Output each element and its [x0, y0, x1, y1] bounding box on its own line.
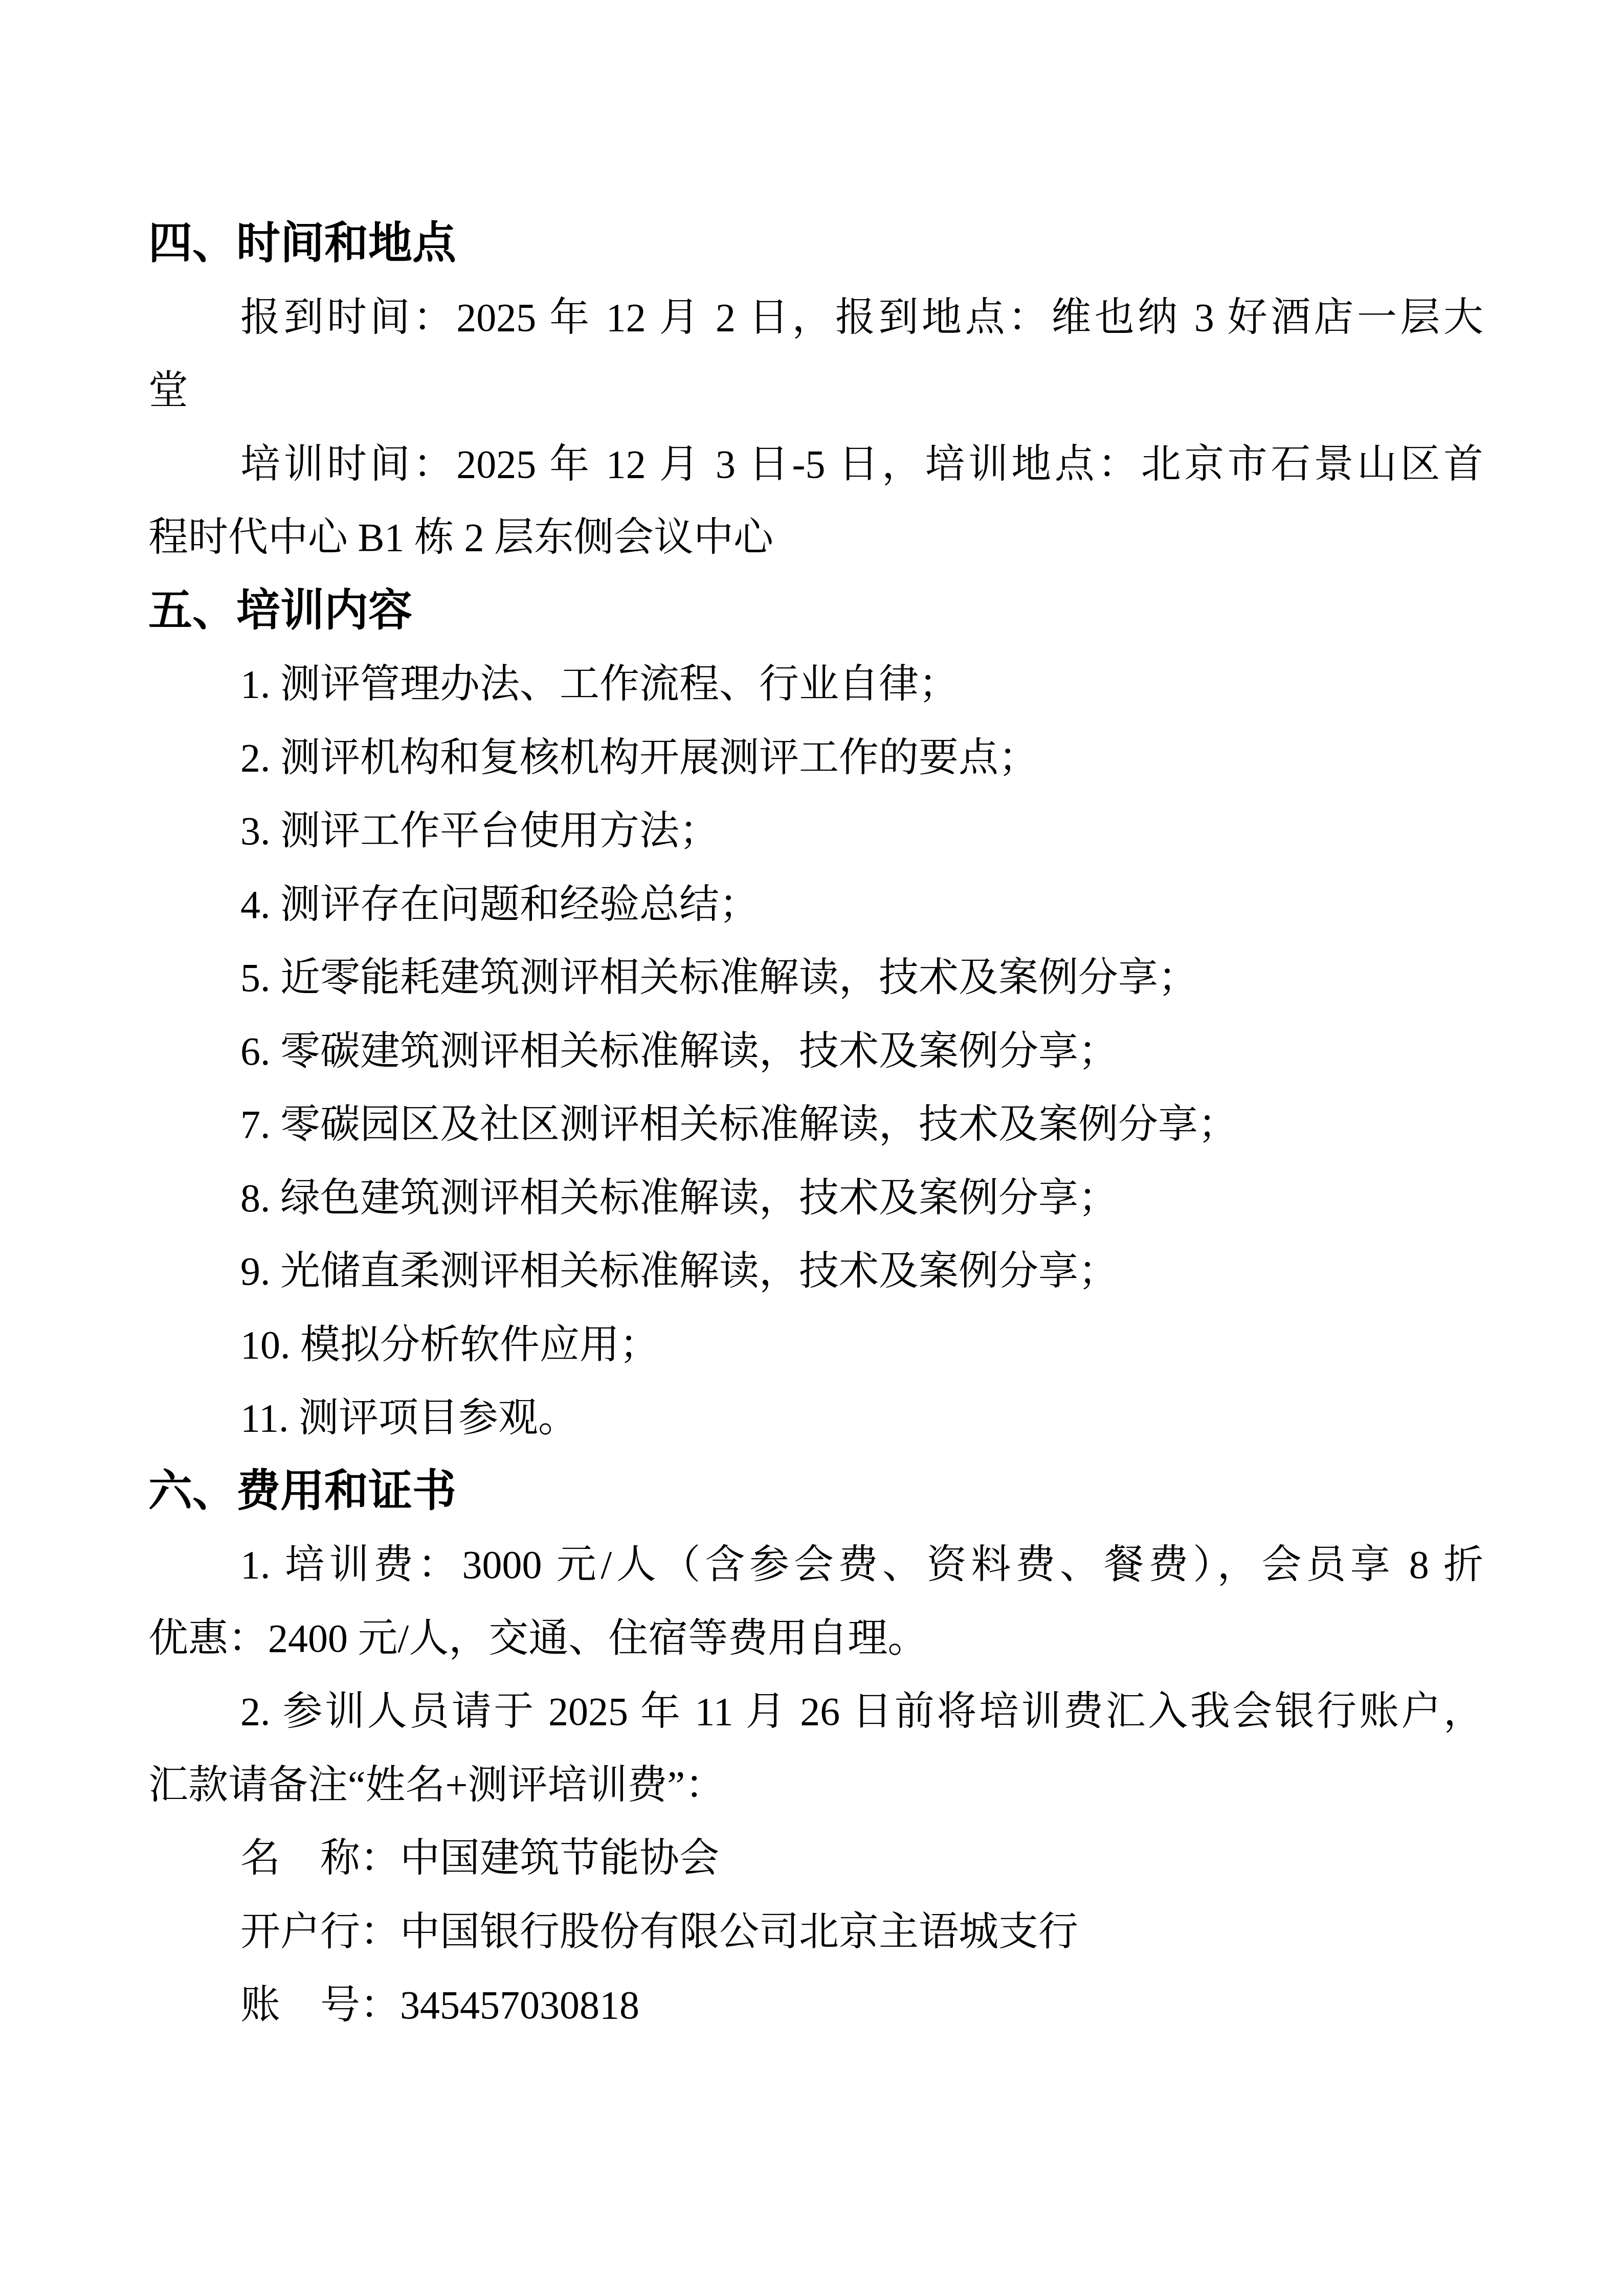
list-item-4: 4. 测评存在问题和经验总结；: [148, 868, 1483, 941]
document-page: { "page": { "background_color": "#ffffff…: [0, 0, 1624, 2296]
bank-name-line: 名 称：中国建筑节能协会: [148, 1821, 1483, 1895]
list-item-2: 2. 测评机构和复核机构开展测评工作的要点；: [148, 721, 1483, 795]
section-5-heading: 五、培训内容: [148, 574, 1483, 648]
list-item-11: 11. 测评项目参观。: [148, 1381, 1483, 1455]
section-6-para-1-line-2: 优惠：2400 元/人，交通、住宿等费用自理。: [148, 1602, 1483, 1675]
list-item-8: 8. 绿色建筑测评相关标准解读，技术及案例分享；: [148, 1161, 1483, 1235]
list-item-6: 6. 零碳建筑测评相关标准解读，技术及案例分享；: [148, 1015, 1483, 1088]
bank-branch-line: 开户行：中国银行股份有限公司北京主语城支行: [148, 1895, 1483, 1969]
list-item-10: 10. 模拟分析软件应用；: [148, 1308, 1483, 1382]
list-item-1: 1. 测评管理办法、工作流程、行业自律；: [148, 647, 1483, 721]
list-item-5: 5. 近零能耗建筑测评相关标准解读，技术及案例分享；: [148, 941, 1483, 1015]
section-6-heading: 六、费用和证书: [148, 1455, 1483, 1528]
section-4-para-2-line-2: 程时代中心 B1 栋 2 层东侧会议中心: [148, 501, 1483, 574]
section-6-para-1-line-1: 1. 培训费：3000 元/人（含参会费、资料费、餐费），会员享 8 折: [148, 1528, 1483, 1602]
section-4-para-1-line-1: 报到时间：2025 年 12 月 2 日，报到地点：维也纳 3 好酒店一层大: [148, 281, 1483, 354]
section-6-para-2-line-2: 汇款请备注“姓名+测评培训费”：: [148, 1748, 1483, 1822]
section-4-para-1-line-2: 堂: [148, 354, 1483, 427]
list-item-3: 3. 测评工作平台使用方法；: [148, 794, 1483, 868]
list-item-7: 7. 零碳园区及社区测评相关标准解读，技术及案例分享；: [148, 1088, 1483, 1161]
section-4-para-2-line-1: 培训时间：2025 年 12 月 3 日-5 日，培训地点：北京市石景山区首: [148, 427, 1483, 501]
document-body: 四、时间和地点 报到时间：2025 年 12 月 2 日，报到地点：维也纳 3 …: [148, 207, 1483, 2042]
section-4-heading: 四、时间和地点: [148, 207, 1483, 281]
section-6-para-2-line-1: 2. 参训人员请于 2025 年 11 月 26 日前将培训费汇入我会银行账户，: [148, 1675, 1483, 1748]
list-item-9: 9. 光储直柔测评相关标准解读，技术及案例分享；: [148, 1234, 1483, 1308]
bank-account-line: 账 号：345457030818: [148, 1968, 1483, 2042]
